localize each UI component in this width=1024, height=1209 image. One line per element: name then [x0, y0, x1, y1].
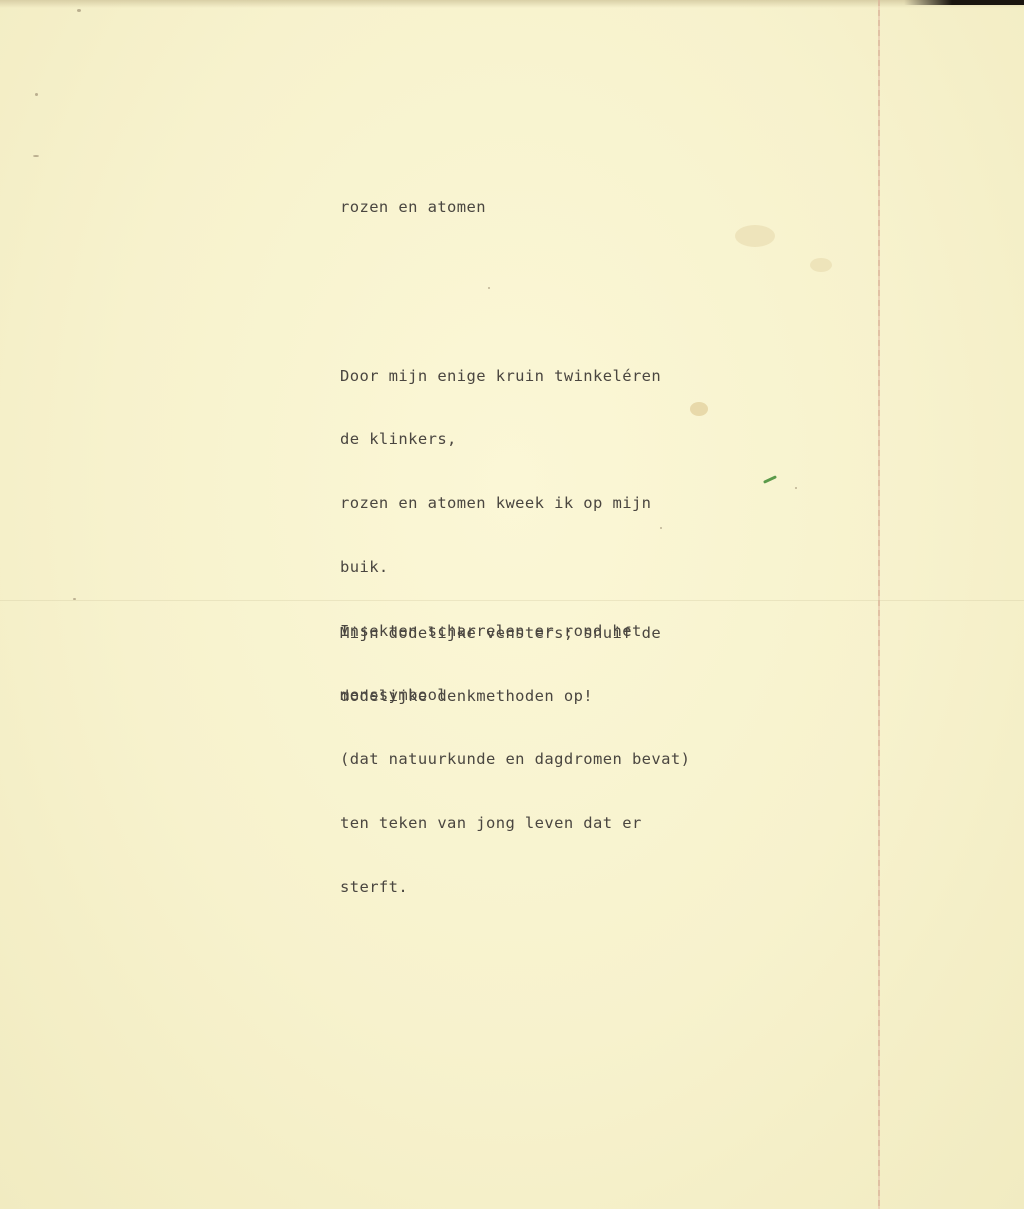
paper-stain	[690, 402, 708, 416]
paper-stain	[810, 258, 832, 272]
poem-line: Door mijn enige kruin twinkeléren	[340, 366, 690, 387]
speck	[488, 287, 490, 289]
speck	[73, 598, 76, 600]
speck	[77, 9, 81, 12]
speck	[795, 487, 797, 489]
paper-top-edge	[0, 0, 1024, 8]
poem-line: sterft.	[340, 877, 690, 898]
poem-line: buik.	[340, 557, 690, 578]
poem-line: rozen en atomen kweek ik op mijn	[340, 493, 690, 514]
fold-line	[878, 0, 880, 1209]
poem-line: de klinkers,	[340, 429, 690, 450]
poem-line: dodelijke denkmethoden op!	[340, 686, 661, 707]
poem-line: ten teken van jong leven dat er	[340, 813, 690, 834]
speck	[35, 93, 38, 96]
paper-stain	[735, 225, 775, 247]
poem-title: rozen en atomen	[340, 197, 486, 218]
stanza-2: Mijn dodelijke vensters; snuif de dodeli…	[340, 580, 661, 729]
poem-line: (dat natuurkunde en dagdromen bevat)	[340, 749, 690, 770]
scan-border	[904, 0, 1024, 5]
poem-line: Mijn dodelijke vensters; snuif de	[340, 623, 661, 644]
speck	[33, 155, 39, 157]
